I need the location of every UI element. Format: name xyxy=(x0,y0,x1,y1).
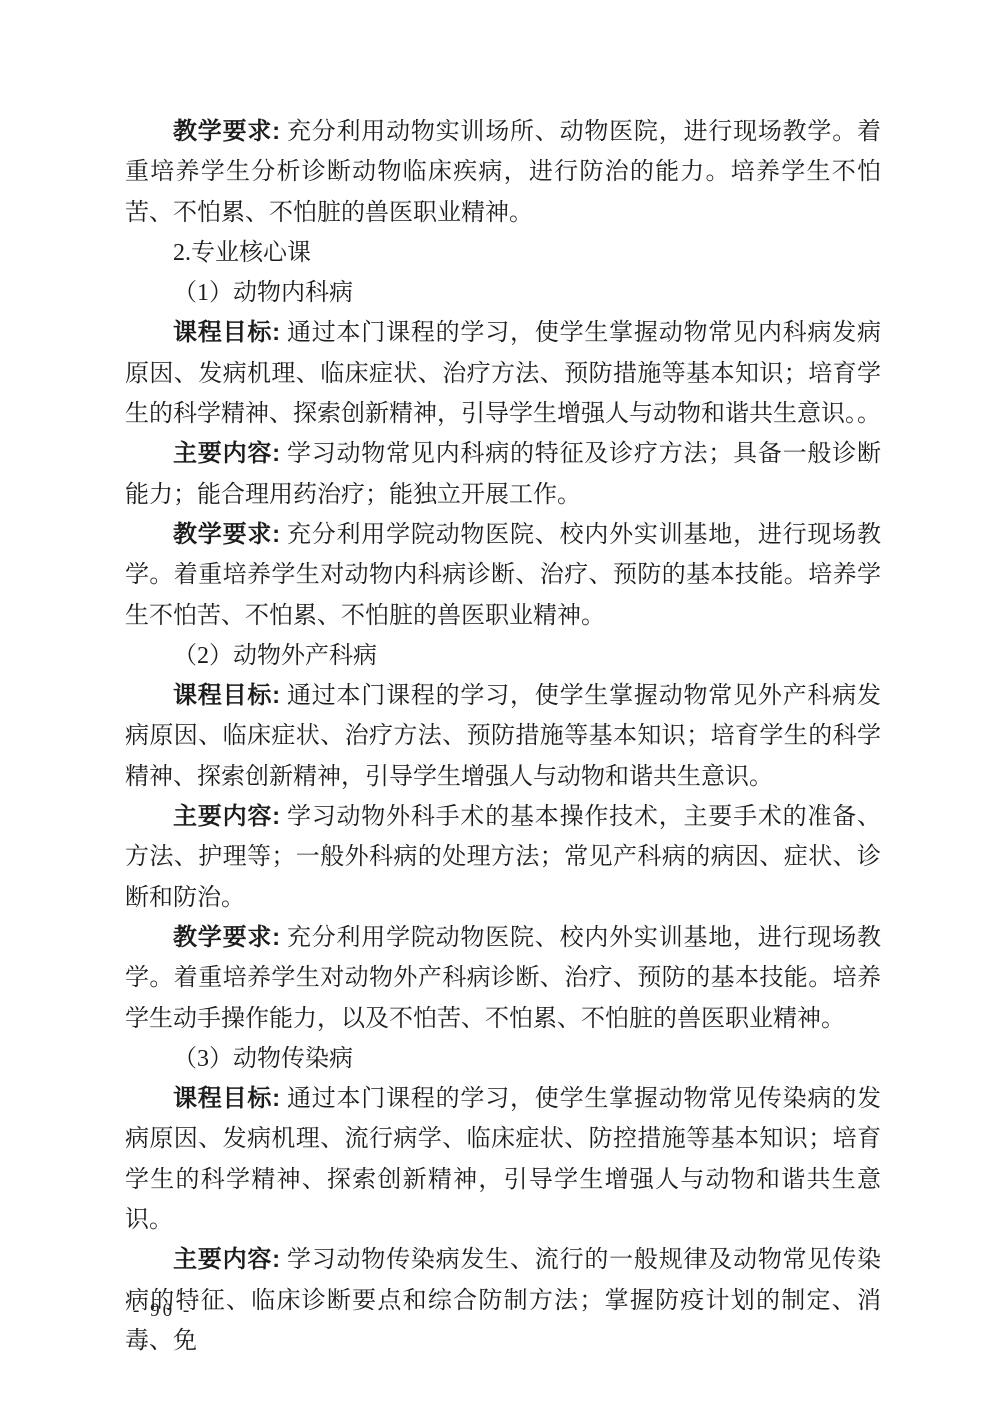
paragraph: 课程目标: 通过本门课程的学习，使学生掌握动物常见外产科病发病原因、临床症状、治… xyxy=(125,676,881,797)
section-heading: （3）动物传染病 xyxy=(125,1039,881,1079)
paragraph: 主要内容: 学习动物传染病发生、流行的一般规律及动物常见传染病的特征、临床诊断要… xyxy=(125,1240,881,1361)
paragraph: 主要内容: 学习动物常见内科病的特征及诊疗方法；具备一般诊断能力；能合理用药治疗… xyxy=(125,434,881,515)
document-content: 教学要求: 充分利用动物实训场所、动物医院，进行现场教学。着重培养学生分析诊断动… xyxy=(125,112,881,1361)
paragraph-label: 课程目标: xyxy=(173,1085,280,1112)
paragraph-label: 课程目标: xyxy=(173,319,280,346)
paragraph-label: 教学要求: xyxy=(173,118,280,145)
paragraph: 主要内容: 学习动物外科手术的基本操作技术，主要手术的准备、方法、护理等；一般外… xyxy=(125,797,881,918)
paragraph-label: 主要内容: xyxy=(173,803,280,830)
paragraph: 教学要求: 充分利用动物实训场所、动物医院，进行现场教学。着重培养学生分析诊断动… xyxy=(125,112,881,233)
paragraph-label: 教学要求: xyxy=(173,924,280,951)
paragraph-label: 教学要求: xyxy=(173,521,280,548)
paragraph: 课程目标: 通过本门课程的学习，使学生掌握动物常见内科病发病原因、发病机理、临床… xyxy=(125,313,881,434)
section-heading: （1）动物内科病 xyxy=(125,273,881,313)
paragraph: 课程目标: 通过本门课程的学习，使学生掌握动物常见传染病的发病原因、发病机理、流… xyxy=(125,1079,881,1240)
section-heading: 2.专业核心课 xyxy=(125,233,881,273)
page-number: - 90 - xyxy=(133,1300,192,1322)
paragraph: 教学要求: 充分利用学院动物医院、校内外实训基地，进行现场教学。着重培养学生对动… xyxy=(125,515,881,636)
paragraph: 教学要求: 充分利用学院动物医院、校内外实训基地，进行现场教学。着重培养学生对动… xyxy=(125,918,881,1039)
section-heading: （2）动物外产科病 xyxy=(125,636,881,676)
paragraph-label: 主要内容: xyxy=(173,440,280,467)
paragraph-label: 课程目标: xyxy=(173,682,280,709)
document-page: 教学要求: 充分利用动物实训场所、动物医院，进行现场教学。着重培养学生分析诊断动… xyxy=(0,0,1000,1414)
paragraph-label: 主要内容: xyxy=(173,1246,280,1273)
